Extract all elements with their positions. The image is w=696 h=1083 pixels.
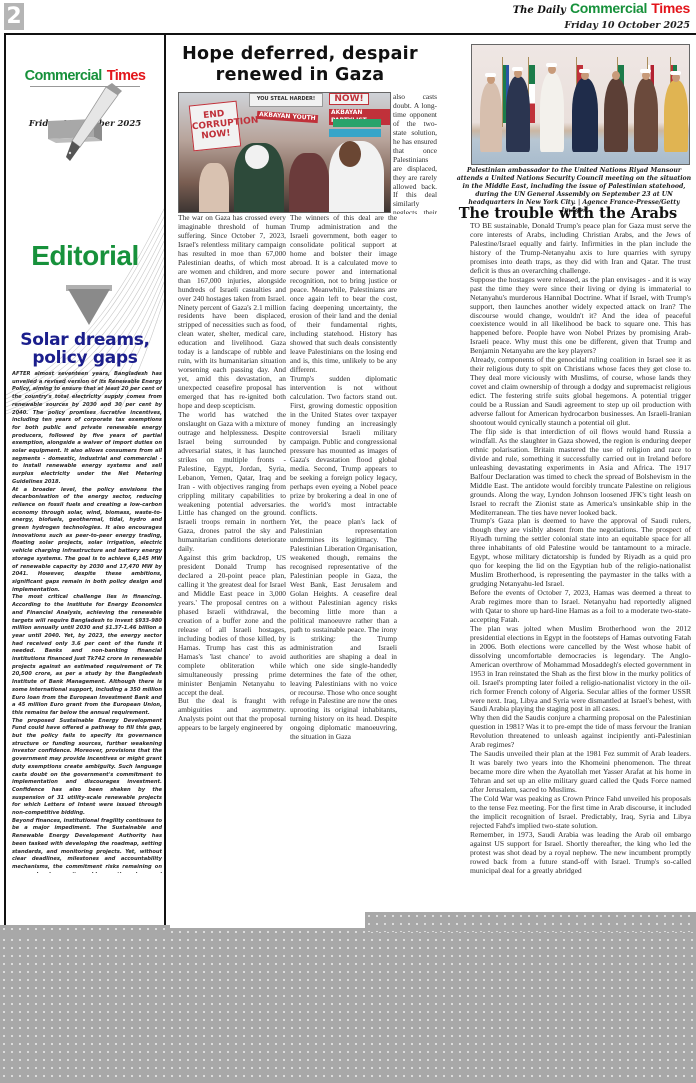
headdress <box>579 69 590 73</box>
protester <box>339 141 361 167</box>
masked-region <box>365 912 696 932</box>
delegate <box>540 72 564 152</box>
arabs-paragraph: Trump's Gaza plan is deemed to have the … <box>470 517 691 589</box>
headdress <box>546 63 557 67</box>
arabs-paragraph: Suppose the hostages were released, as t… <box>470 276 691 357</box>
masthead: The Daily Commercial Times Friday 10 Oct… <box>513 1 690 31</box>
editorial-section-label: Editorial <box>6 240 164 272</box>
gaza-paragraph: The world has watched the onslaught on G… <box>178 411 286 554</box>
arabs-paragraph: The plan was jolted when Muslim Brotherh… <box>470 625 691 715</box>
photo-banner <box>333 119 381 127</box>
editorial-paragraph: Beyond finances, institutional fragility… <box>12 818 162 873</box>
masthead-brand-red: Times <box>651 0 690 16</box>
editorial-paragraph: At a broader level, the policy envisions… <box>12 487 162 595</box>
editorial-headline: Solar dreams, policy gaps <box>6 331 164 367</box>
page-number: 2 <box>4 3 24 30</box>
down-triangle-icon <box>68 289 110 325</box>
editorial-body: AFTER almost seventeen years, Bangladesh… <box>12 371 162 873</box>
arabs-headline: The trouble with the Arabs <box>440 206 696 222</box>
delegate-head <box>612 71 620 80</box>
protester <box>199 163 229 213</box>
masthead-brand-green: Commercial <box>570 0 647 16</box>
gaza-headline-line1: Hope deferred, despair <box>170 44 430 65</box>
editorial-headline-line1: Solar dreams, <box>6 331 164 349</box>
editorial-paragraph: The proposed Sustainable Energy Developm… <box>12 718 162 818</box>
arabs-paragraph: Remember, in 1973, Saudi Arabia was lead… <box>470 831 691 876</box>
masthead-date: Friday 10 October 2025 <box>513 20 690 31</box>
editorial-paragraph: The most critical challenge lies in fina… <box>12 594 162 717</box>
arabs-paragraph: Already, components of the genocidal rul… <box>470 356 691 428</box>
masked-region <box>0 928 696 1083</box>
headdress <box>485 73 496 77</box>
delegate <box>506 76 530 152</box>
protester <box>245 145 269 169</box>
photo-sign: END CORRUPTION NOW! <box>189 101 242 152</box>
headdress <box>670 71 681 75</box>
arabs-paragraph: The Saudis unveiled their plan at the 19… <box>470 750 691 795</box>
arabs-paragraph: Before the events of October 7, 2023, Ha… <box>470 589 691 625</box>
gaza-column-3 <box>370 214 466 911</box>
gaza-headline: Hope deferred, despair renewed in Gaza <box>170 44 430 86</box>
delegate <box>604 78 628 152</box>
arabs-paragraph: The Cold War was peaking as Crown Prince… <box>470 795 691 831</box>
arabs-paragraph: TO BE sustainable, Donald Trump's peace … <box>470 222 691 276</box>
delegate <box>572 78 598 152</box>
delegate <box>480 82 502 152</box>
photo-banner <box>329 129 381 137</box>
gaza-headline-line2: renewed in Gaza <box>170 65 430 86</box>
photo-sign: NOW! <box>329 93 369 105</box>
gaza-paragraph: Against this grim backdrop, US president… <box>178 554 286 697</box>
un-leaders-photo <box>471 44 690 165</box>
protester <box>289 153 329 213</box>
headdress <box>512 67 523 71</box>
protest-photo: END CORRUPTION NOW! YOU STEAL HARDER! NO… <box>178 92 391 213</box>
pen-icon <box>46 81 126 166</box>
masthead-prefix: The Daily <box>513 5 566 16</box>
gaza-side-paragraph: also casts doubt. A long-time opponent o… <box>393 93 437 214</box>
photo-banner: AKBAYAN YOUTH <box>257 111 318 123</box>
delegate <box>664 80 688 152</box>
editorial-paragraph: AFTER almost seventeen years, Bangladesh… <box>12 371 162 487</box>
masthead-title: The Daily Commercial Times <box>513 1 690 18</box>
gaza-side-text: also casts doubt. A long-time opponent o… <box>393 93 437 214</box>
arabs-paragraph: The flip side is that interdiction of oi… <box>470 428 691 518</box>
gaza-column-1: The war on Gaza has crossed every imagin… <box>178 214 286 925</box>
gaza-paragraph: The war on Gaza has crossed every imagin… <box>178 214 286 411</box>
photo-sign: YOU STEAL HARDER! <box>249 93 323 107</box>
headdress <box>640 69 651 73</box>
editorial-headline-line2: policy gaps <box>6 349 164 367</box>
arabs-body: TO BE sustainable, Donald Trump's peace … <box>470 222 691 916</box>
masked-region <box>0 925 170 935</box>
delegate <box>634 78 658 152</box>
arabs-paragraph: Why then did the Saudis conjure a charmi… <box>470 714 691 750</box>
gaza-paragraph: But the deal is fraught with ambiguities… <box>178 697 286 733</box>
